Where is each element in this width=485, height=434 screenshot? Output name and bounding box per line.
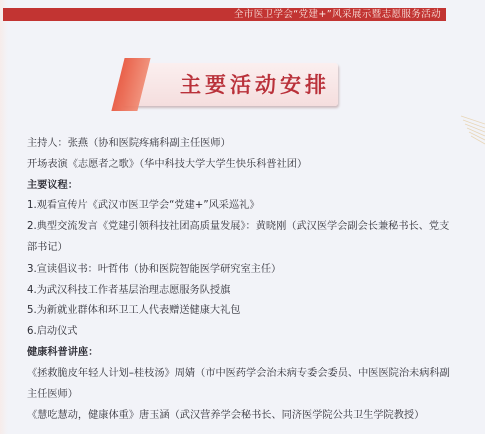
title-stripe-decoration xyxy=(111,58,150,111)
opening-performance-line: 开场表演《志愿者之歌》（华中科技大学大学生快乐科普社团） xyxy=(27,155,467,176)
section-title-card: 主要活动安排 xyxy=(122,63,338,106)
agenda-item: 3.宣读倡议书：叶哲伟（协和医院智能医学研究室主任） xyxy=(27,260,467,281)
header-banner-text: 全市医卫学会“党建+”风采展示暨志愿服务活动 xyxy=(234,8,441,21)
section-title: 主要活动安排 xyxy=(180,71,330,98)
agenda-item: 6.启动仪式 xyxy=(27,322,467,343)
lecture-item: 《拯救脆皮年轻人计划–桂枝汤》周婧（市中医药学会治未病专委会委员、中医医院治未病… xyxy=(27,364,457,407)
agenda-item: 1.观看宣传片《武汉市医卫学会“党建+”风采巡礼》 xyxy=(27,196,467,217)
host-line: 主持人：张燕（协和医院疼痛科副主任医师） xyxy=(27,134,467,155)
header-banner: 全市医卫学会“党建+”风采展示暨志愿服务活动 xyxy=(3,8,446,21)
agenda-item: 4.为武汉科技工作者基层治理志愿服务队授旗 xyxy=(27,281,467,302)
page-edge-shading xyxy=(0,0,8,434)
agenda-item: 5.为新就业群体和环卫工人代表赠送健康大礼包 xyxy=(27,301,467,322)
activity-schedule: 主持人：张燕（协和医院疼痛科副主任医师） 开场表演《志愿者之歌》（华中科技大学大… xyxy=(27,134,467,427)
lectures-heading: 健康科普讲座： xyxy=(27,343,467,364)
agenda-item: 2.典型交流发言《党建引领科技社团高质量发展》：黄晓刚（武汉医学会副会长兼秘书长… xyxy=(27,217,457,260)
agenda-heading: 主要议程： xyxy=(27,176,467,197)
lecture-item: 《慧吃慧动，健康体重》唐玉涵（武汉营养学会秘书长、同济医学院公共卫生学院教授） xyxy=(27,406,467,427)
